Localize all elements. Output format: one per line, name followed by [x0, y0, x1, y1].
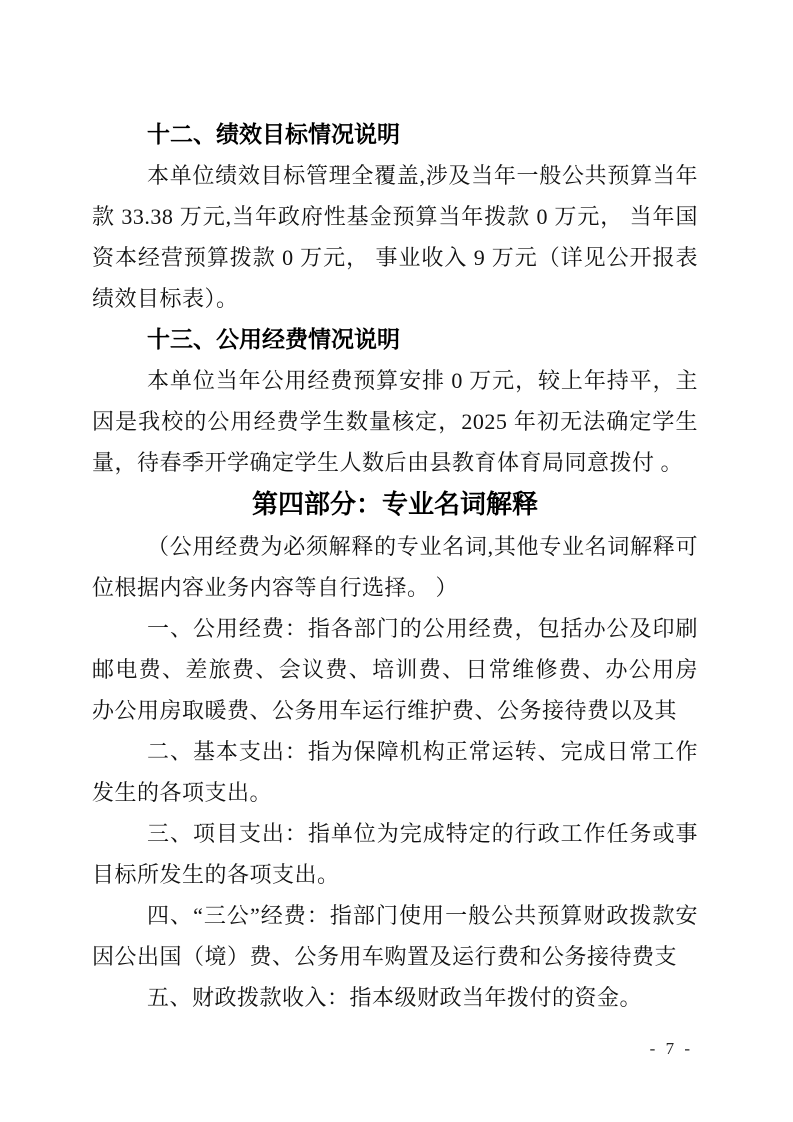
document-body: 十二、绩效目标情况说明本单位绩效目标管理全覆盖,涉及当年一般公共预算当年拨款 3… — [92, 114, 698, 1018]
paragraph-line: 绩效目标表）。 — [92, 278, 698, 319]
paragraph-line: 本单位当年公用经费预算安排 0 万元，较上年持平，主要原 — [92, 360, 698, 401]
part-title: 第四部分：专业名词解释 — [92, 483, 698, 526]
paragraph-line: 目标所发生的各项支出。 — [92, 854, 698, 895]
paragraph-line: 因是我校的公用经费学生数量核定，2025 年初无法确定学生数 — [92, 401, 698, 442]
paragraph-line: 四、“三公”经费：指部门使用一般公共预算财政拨款安排的 — [92, 895, 698, 936]
page-number: - 7 - — [650, 1038, 693, 1060]
paragraph-line: 办公用房取暖费、公务用车运行维护费、公务接待费以及其他费用。 — [92, 690, 698, 731]
paragraph-line: 款 33.38 万元,当年政府性基金预算当年拨款 0 万元， 当年国有 — [92, 196, 698, 237]
section-heading: 十二、绩效目标情况说明 — [92, 114, 698, 155]
section-heading: 十三、公用经费情况说明 — [92, 319, 698, 360]
paragraph-line: 三、项目支出：指单位为完成特定的行政工作任务或事业发展 — [92, 813, 698, 854]
paragraph-line: 量，待春季开学确定学生人数后由县教育体育局同意拨付 。 — [92, 442, 698, 483]
paragraph-line: 位根据内容业务内容等自行选择。 ） — [92, 567, 698, 608]
document-page: 十二、绩效目标情况说明本单位绩效目标管理全覆盖,涉及当年一般公共预算当年拨款 3… — [0, 0, 793, 1122]
paragraph-line: 邮电费、差旅费、会议费、培训费、日常维修费、办公用房水电费、 — [92, 649, 698, 690]
paragraph-line: 资本经营预算拨款 0 万元， 事业收入 9 万元（详见公开报表中的 — [92, 237, 698, 278]
paragraph-line: 本单位绩效目标管理全覆盖,涉及当年一般公共预算当年拨 — [92, 155, 698, 196]
paragraph-line: 一、公用经费：指各部门的公用经费，包括办公及印刷费、 — [92, 608, 698, 649]
paragraph-line: （公用经费为必须解释的专业名词,其他专业名词解释可由单 — [92, 526, 698, 567]
paragraph-line: 二、基本支出：指为保障机构正常运转、完成日常工作任务而 — [92, 731, 698, 772]
paragraph-line: 因公出国（境）费、公务用车购置及运行费和公务接待费支出。 — [92, 936, 698, 977]
paragraph-line: 发生的各项支出。 — [92, 772, 698, 813]
paragraph-line: 五、财政拨款收入：指本级财政当年拨付的资金。 — [92, 977, 698, 1018]
